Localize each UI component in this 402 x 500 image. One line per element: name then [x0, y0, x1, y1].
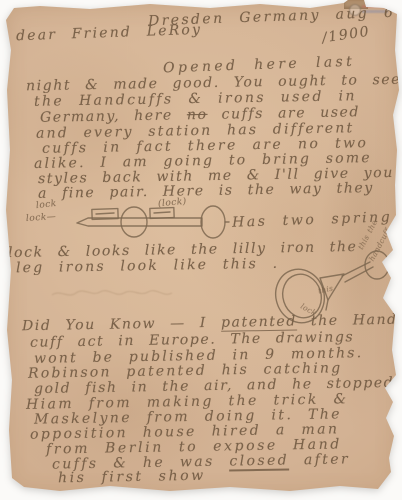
- sketch-label-lock-lower: lock—: [26, 210, 57, 226]
- underlined-word: closed: [229, 452, 289, 471]
- scanned-letter-photo: Dresden Germany aug 6 /1900 dear Friend …: [0, 0, 402, 500]
- underlined-word: patented: [221, 313, 297, 331]
- letter-line: leg irons look like this .: [16, 257, 279, 276]
- letter-paper: Dresden Germany aug 6 /1900 dear Friend …: [0, 0, 402, 500]
- letter-line-segment: the Hand: [297, 312, 398, 330]
- letter-line-segment: after: [289, 451, 350, 468]
- letter-salutation: dear Friend LeRoy: [16, 23, 203, 43]
- letter-line: a fine pair. Here is the way they: [38, 181, 374, 201]
- letter-dateline-year: /1900: [321, 25, 371, 46]
- erased-writing: [50, 284, 180, 303]
- struck-word: no: [187, 107, 208, 123]
- handcuffs-sketch: [70, 200, 230, 242]
- letter-line: his first show: [58, 469, 206, 486]
